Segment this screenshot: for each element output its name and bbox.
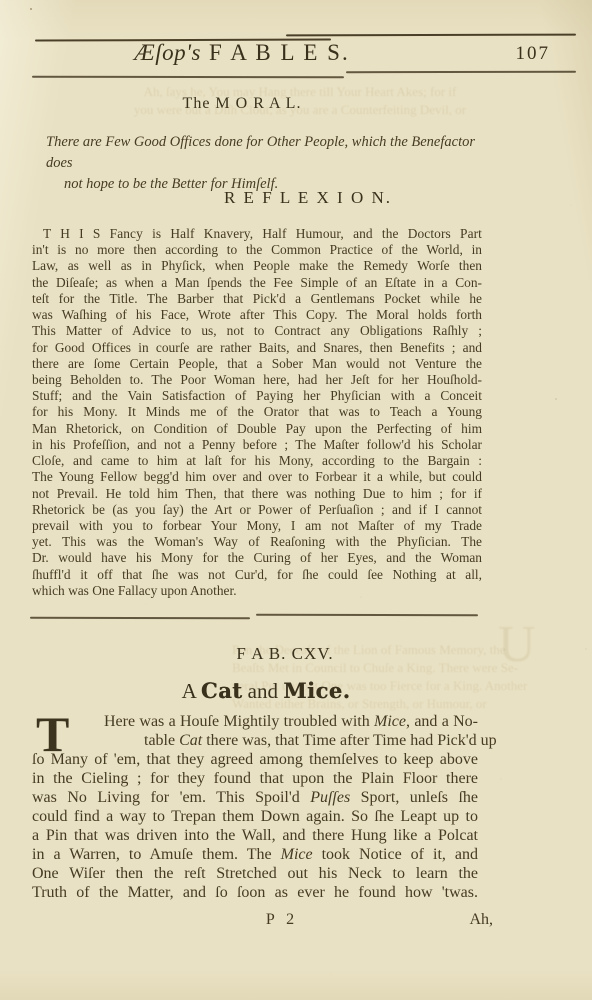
fable-body: Here was a Houſe Mightily troubled with … — [32, 712, 478, 902]
text-line: there are ſome Certain People, that a So… — [32, 356, 482, 372]
text-line: for Good Offices in courſe are rather Ba… — [32, 340, 482, 356]
text-line: Dr. would have his Mony for the Curing o… — [32, 550, 482, 566]
text-line: in his Profeſſion, and not a Penny befor… — [32, 437, 482, 453]
text-line: table Cat there was, that Time after Tim… — [32, 731, 478, 750]
fable-title-and: and — [242, 679, 283, 703]
catchword: Ah, — [469, 911, 493, 929]
footer-row: P 2 Ah, — [0, 911, 592, 933]
text-line: Cloſe, and came to him at laſt for his M… — [32, 453, 482, 469]
text-line: the Diſeaſe; as when a Man ſpends the Fe… — [32, 275, 482, 291]
fable-title: A Cat and Mice. — [182, 678, 351, 704]
reflexion-body: T H I S Fancy is Half Knavery, Half Humo… — [32, 226, 482, 599]
text-line: yet. This was the Woman's Way of Reaſoni… — [32, 534, 482, 550]
text-line: One Wiſer then the reſt Stretched out hi… — [32, 864, 478, 883]
running-head: Æſop'sF A B L E S. 107 — [0, 40, 592, 68]
text-line: could find a way to Trepan them Down aga… — [32, 807, 478, 826]
fable-title-cat: Cat — [201, 678, 243, 703]
text-line: Stuff; and the Vain Satisfaction of Payi… — [32, 388, 482, 404]
text-line: ſhuffl'd it off that ſhe was not Cur'd, … — [32, 567, 482, 583]
text-line: The Young Fellow begg'd him over and ove… — [32, 469, 482, 485]
fable-title-mice: Mice. — [283, 678, 350, 703]
text-line: a Pin that was driven into the Wall, and… — [32, 826, 478, 845]
header-rule-bottom-right — [346, 71, 576, 73]
text-line: which was One Fallacy upon Another. — [32, 583, 482, 599]
fable-title-prefix: A — [182, 679, 201, 703]
text-line: teſt for the Title. The Barber that Pick… — [32, 291, 482, 307]
text-line: Man Rhetorick, on Condition of Double Pa… — [32, 421, 482, 437]
text-line: ſo Many of 'em, that they agreed among t… — [32, 750, 478, 769]
text-line: prevail with you to forbear Your Mony, I… — [32, 518, 482, 534]
bleedthrough-initial: U — [498, 636, 536, 654]
moral-heading: The M O R A L. — [183, 95, 302, 113]
text-line: T H I S Fancy is Half Knavery, Half Humo… — [32, 226, 482, 242]
reflexion-heading: R E F L E X I O N. — [224, 188, 392, 208]
book-title-italic: Æſop's — [134, 40, 201, 65]
paper-specks — [30, 8, 32, 10]
text-line: in a Warren, to Amuſe them. The Mice too… — [32, 845, 478, 864]
text-line: being Beholden to. The Poor Woman here, … — [32, 372, 482, 388]
text-line: was No Living for 'em. This Spoil'd Puſſ… — [32, 788, 478, 807]
section-divider-right — [256, 614, 478, 616]
text-line: in't is no more then according to the Co… — [32, 242, 482, 258]
book-title: Æſop'sF A B L E S. — [134, 40, 349, 66]
page-number: 107 — [516, 43, 551, 65]
fable-number-heading: F A B. CXV. — [236, 644, 333, 664]
text-line: in the Cieling ; for they found that upo… — [32, 769, 478, 788]
text-line: not Prevail. He told him Then, that ther… — [32, 486, 482, 502]
moral-text: There are Few Good Offices done for Othe… — [46, 132, 486, 195]
signature-mark: P 2 — [266, 911, 298, 929]
book-page: Ah, ſays he, You may Hang there till You… — [0, 0, 592, 1000]
text-line: Truth of the Matter, and ſo ſoon as ever… — [32, 883, 478, 902]
moral-line: There are Few Good Offices done for Othe… — [46, 132, 486, 174]
section-divider-left — [30, 617, 250, 619]
text-line: Rhetorick be (as you ſay) the Art or Pow… — [32, 502, 482, 518]
header-rule-top-right — [286, 34, 576, 37]
text-line: Here was a Houſe Mightily troubled with … — [32, 712, 478, 731]
text-line: This Matter of Advice to us, not to Cont… — [32, 323, 482, 339]
text-line: Law, as well as in Phyſick, when People … — [32, 258, 482, 274]
text-line: was Waſhing of his Face, Wrote after Thi… — [32, 307, 482, 323]
text-line: for his Mony. It Minds me of the Orator … — [32, 404, 482, 420]
header-rule-bottom-left — [32, 76, 344, 78]
book-title-caps: F A B L E S. — [209, 40, 350, 65]
